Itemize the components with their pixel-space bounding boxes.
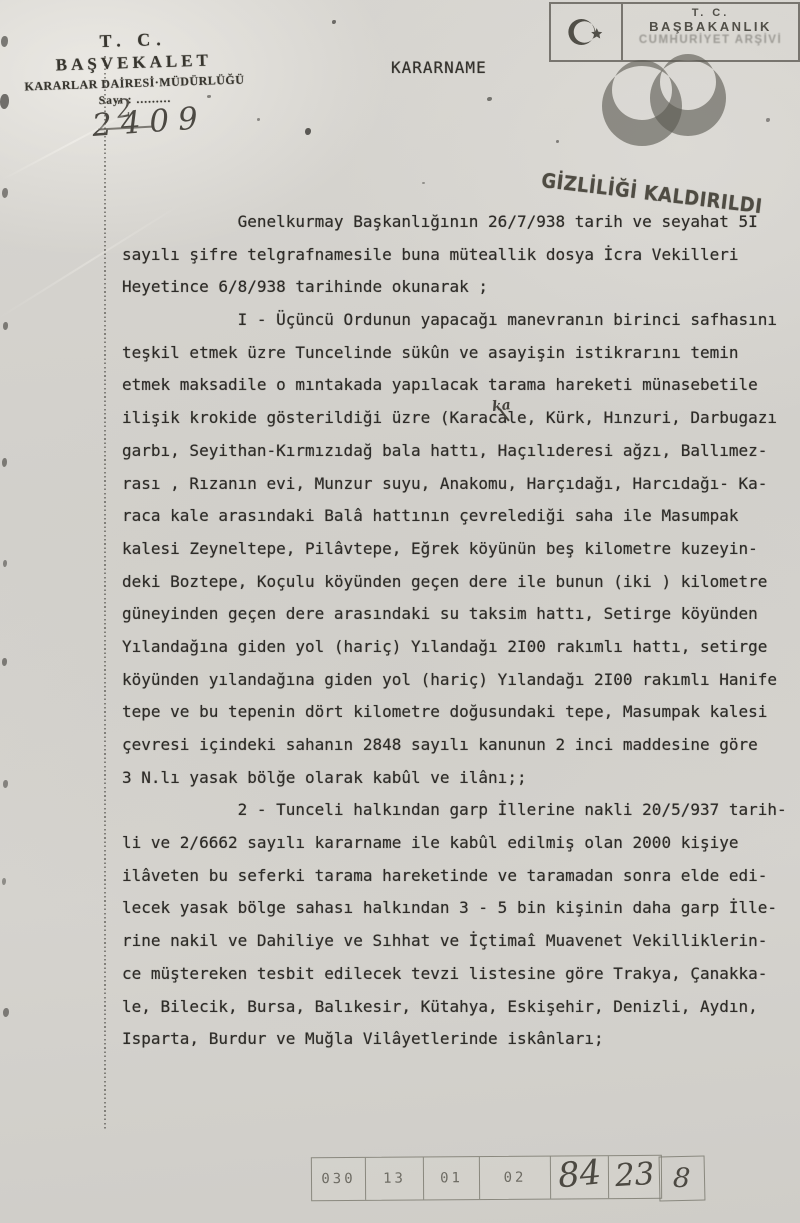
document-line: garbı, Seyithan-Kırmızıdağ bala hattı, H… <box>122 435 800 468</box>
handwritten-code: 84 <box>556 1152 603 1196</box>
code-cell-handwritten: 23 <box>609 1156 661 1198</box>
document-line: li ve 2/6662 sayılı kararname ile kabûl … <box>122 827 800 860</box>
document-line: ce müştereken tesbit edilecek tevzi list… <box>122 958 800 991</box>
ink-speck <box>422 182 425 184</box>
document-line: tepe ve bu tepenin dört kilometre doğusu… <box>122 696 800 729</box>
ink-speck <box>332 20 336 24</box>
document-line: deki Boztepe, Koçulu köyünden geçen dere… <box>122 566 800 599</box>
code-cell-handwritten: 84 <box>551 1156 609 1198</box>
code-cell: 02 <box>480 1157 551 1199</box>
document-line: sayılı şifre telgrafnamesile buna müteal… <box>122 239 800 272</box>
document-line: Yılandağına giden yol (hariç) Yılandağı … <box>122 631 800 664</box>
ink-speck <box>487 97 492 101</box>
ink-speck <box>1 36 8 47</box>
document-line: teşkil etmek üzre Tuncelinde sükûn ve as… <box>122 337 800 370</box>
ink-speck <box>2 458 7 467</box>
footer-code-boxes: 030 13 01 02 84 23 <box>311 1155 662 1201</box>
ink-speck <box>2 658 7 666</box>
document-line: ilâveten bu seferki tarama hareketinde v… <box>122 860 800 893</box>
ink-speck <box>3 780 8 788</box>
document-line: güneyinden geçen dere arasındaki su taks… <box>122 598 800 631</box>
ink-speck <box>2 878 6 885</box>
code-cell: 01 <box>424 1157 480 1199</box>
document-line: çevresi içindeki sahanın 2848 sayılı kan… <box>122 729 800 762</box>
document-line: raca kale arasındaki Balâ hattının çevre… <box>122 500 800 533</box>
archive-stamp-line3: CUMHURİYET ARŞİVİ <box>623 34 798 46</box>
document-line: Isparta, Burdur ve Muğla Vilâyetlerinde … <box>122 1023 800 1056</box>
document-line: rine nakil ve Dahiliye ve Sıhhat ve İçti… <box>122 925 800 958</box>
body-text: Genelkurmay Başkanlığının 26/7/938 tarih… <box>122 206 800 1056</box>
document-line: kalesi Zeyneltepe, Pilâvtepe, Eğrek köyü… <box>122 533 800 566</box>
ink-speck <box>0 94 9 109</box>
ink-speck <box>305 128 311 135</box>
ink-speck <box>766 118 770 122</box>
document-line: le, Bilecik, Bursa, Balıkesir, Kütahya, … <box>122 991 800 1024</box>
ink-speck <box>3 560 7 567</box>
document-line: lecek yasak bölge sahası halkından 3 - 5… <box>122 892 800 925</box>
letterhead: T. C. BAŞVEKALET KARARLAR DAİRESİ·MÜDÜRL… <box>15 26 253 109</box>
handwritten-code: 8 <box>673 1163 692 1195</box>
document-line: I - Üçüncü Ordunun yapacağı manevranın b… <box>122 304 800 337</box>
document-line: ilişik krokide gösterildiği üzre (Karaca… <box>122 402 800 435</box>
handwritten-code: 23 <box>614 1156 656 1194</box>
code-cell: 030 <box>312 1158 366 1200</box>
document-line: Genelkurmay Başkanlığının 26/7/938 tarih… <box>122 206 800 239</box>
document-line: 2 - Tunceli halkından garp İllerine nakl… <box>122 794 800 827</box>
double-crescent-emblem-icon <box>598 52 730 160</box>
archive-stamp-line2: BAŞBAKANLIK <box>623 19 798 34</box>
archive-stamp-line1: T. C. <box>623 7 798 19</box>
ink-speck <box>556 140 559 143</box>
document-line: etmek maksadile o mıntakada yapılacak ta… <box>122 369 800 402</box>
document-line: köyünden yılandağına giden yol (hariç) Y… <box>122 664 800 697</box>
document-line: Heyetince 6/8/938 tarihinde okunarak ; <box>122 271 800 304</box>
document-line: 3 N.lı yasak bölğe olarak kabûl ve ilânı… <box>122 762 800 795</box>
perforation-dotted-line <box>104 56 106 1130</box>
ink-speck <box>3 1008 9 1017</box>
document-page: T. C. BAŞVEKALET KARARLAR DAİRESİ·MÜDÜRL… <box>0 0 800 1223</box>
document-line: rası , Rızanın evi, Munzur suyu, Anakomu… <box>122 468 800 501</box>
code-cell: 13 <box>366 1157 424 1199</box>
ink-speck <box>257 118 260 121</box>
ink-speck <box>3 322 8 330</box>
code-cell-separate: 8 <box>659 1156 706 1202</box>
document-title: KARARNAME <box>391 58 487 77</box>
ink-speck <box>2 188 8 198</box>
